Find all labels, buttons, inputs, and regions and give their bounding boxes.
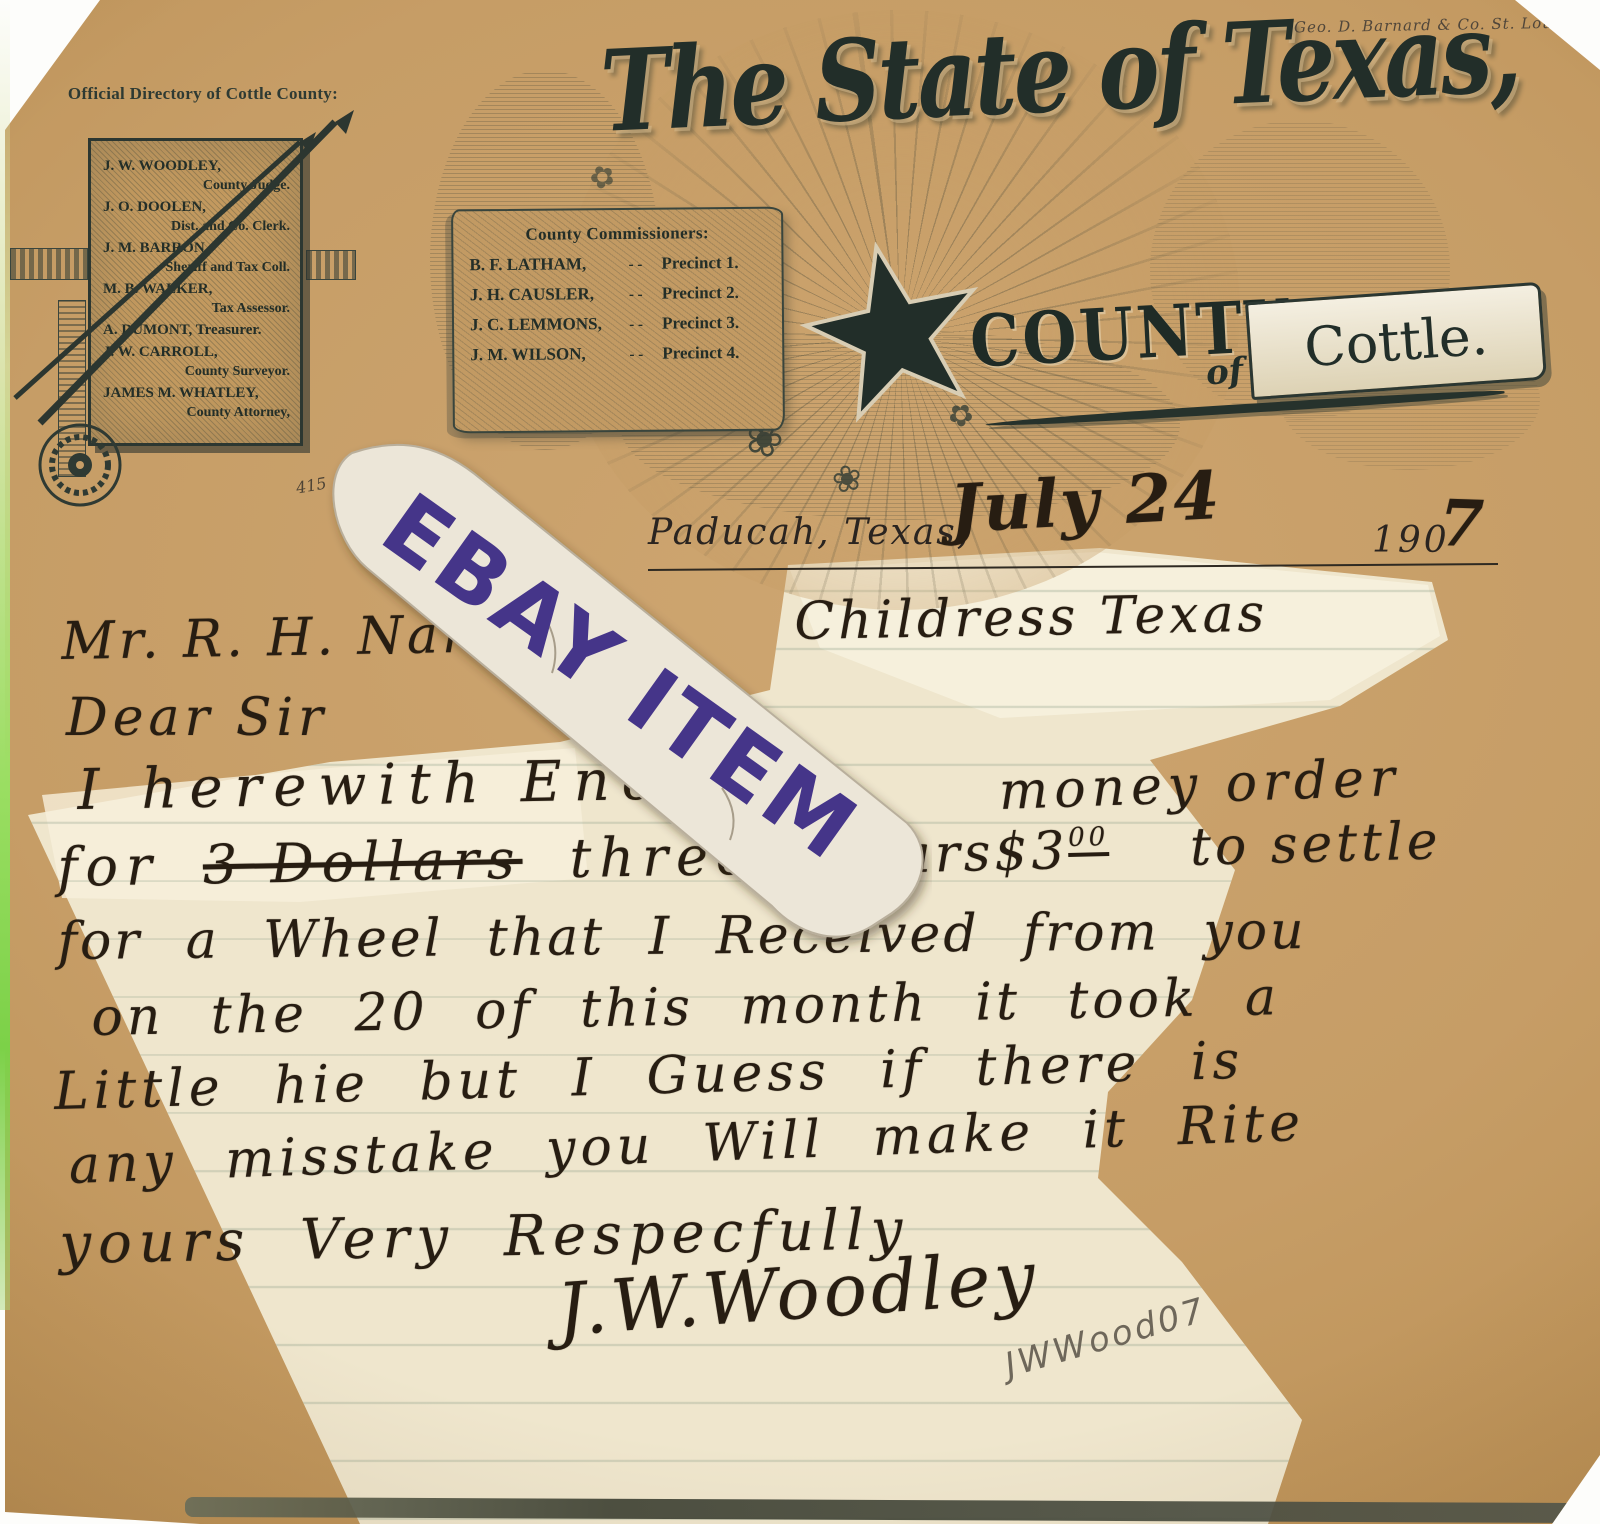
handwritten-word: to settle [1189, 811, 1442, 878]
commissioner-row: J. C. LEMMONS, - - Precinct 3. [470, 313, 766, 336]
commissioner-precinct: Precinct 4. [662, 343, 766, 364]
handwritten-line: money order [998, 748, 1402, 822]
masthead-of-word: of [1204, 350, 1245, 393]
svg-text:EBAY ITEM: EBAY ITEM [364, 473, 878, 881]
commissioner-name: J. C. LEMMONS, [470, 314, 610, 335]
handwritten-line: lars$300 to settle [878, 811, 1442, 886]
commissioner-name: J. M. WILSON, [470, 344, 610, 365]
drafting-rosette-icon [35, 420, 125, 510]
ebay-item-label: EBAY ITEM [364, 473, 878, 881]
commissioner-precinct: Precinct 3. [662, 313, 766, 334]
county-name-ribbon: Cottle. [1245, 282, 1547, 400]
scanned-letter-1907: The State of Texas, COUNTY of Cottle. ❀ … [0, 0, 1600, 1524]
handwritten-date: July 24 [948, 456, 1223, 548]
pen-illustration [10, 108, 360, 468]
commissioner-name: B. F. LATHAM, [469, 254, 609, 275]
letterhead-paper: The State of Texas, COUNTY of Cottle. ❀ … [0, 0, 1600, 1524]
superscript-cents: 00 [1068, 822, 1110, 857]
masthead-county-word: COUNTY [968, 283, 1294, 384]
handwritten-salutation: Dear Sir [66, 688, 328, 748]
printer-credit: Geo. D. Barnard & Co. St. Louis. [1294, 14, 1573, 37]
scan-edge-shadow [185, 1497, 1600, 1523]
ebay-item-strip: EBAY ITEM [292, 428, 932, 968]
commissioner-row: B. F. LATHAM, - - Precinct 1. [469, 253, 765, 276]
handwritten-word: for [57, 834, 160, 899]
handwritten-year-digit: 7 [1438, 486, 1485, 563]
commissioner-name: J. H. CAUSLER, [470, 284, 610, 305]
dash-separator: - - [610, 317, 662, 334]
dash-separator: - - [610, 347, 662, 364]
commissioners-heading: County Commissioners: [469, 223, 765, 246]
commissioner-row: J. M. WILSON, - - Precinct 4. [470, 343, 766, 366]
commissioners-panel: County Commissioners: B. F. LATHAM, - - … [451, 207, 785, 434]
commissioner-row: J. H. CAUSLER, - - Precinct 2. [470, 283, 766, 306]
commissioner-precinct: Precinct 1. [661, 253, 765, 274]
dash-separator: - - [609, 257, 661, 274]
directory-heading: Official Directory of Cottle County: [58, 84, 348, 104]
scan-edge-artifact [0, 0, 10, 1310]
commissioner-precinct: Precinct 2. [662, 283, 766, 304]
dash-separator: - - [610, 287, 662, 304]
county-name: Cottle. [1302, 303, 1490, 379]
